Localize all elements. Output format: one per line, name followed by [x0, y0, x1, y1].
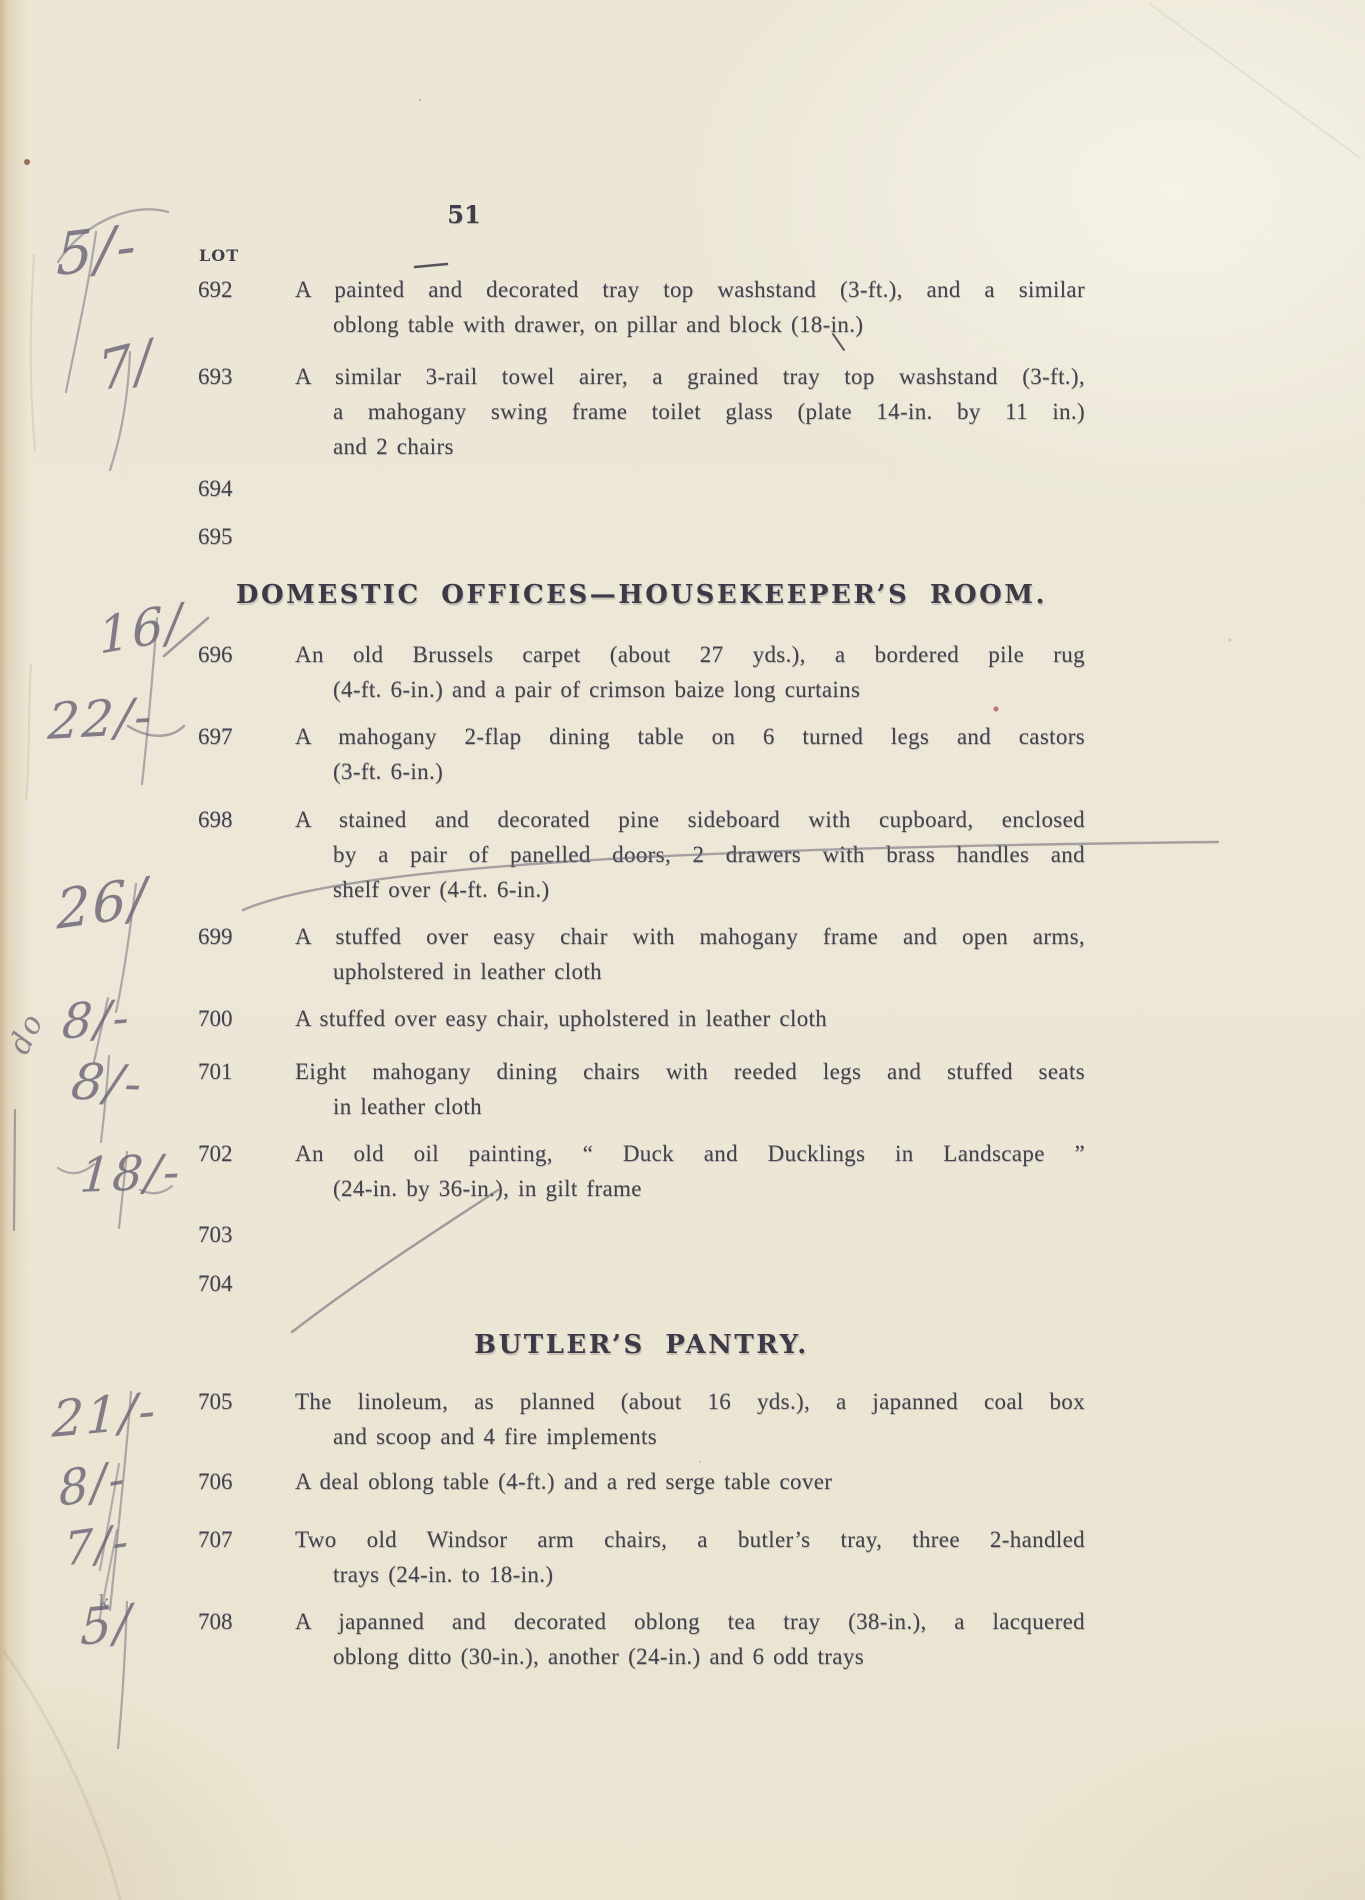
lot-number: 696: [198, 637, 295, 707]
paper-speck: [994, 707, 999, 712]
lot-number: 695: [198, 519, 295, 554]
paper-speck: [1229, 639, 1232, 642]
lot-line: A deal oblong table (4-ft.) and a red se…: [295, 1464, 1085, 1499]
lot-description: [295, 471, 1085, 506]
lot-row-697: 697 A mahogany 2-flap dining table on 6 …: [198, 719, 1085, 789]
lot-number: 694: [198, 471, 295, 506]
catalogue-page: 51 LOT 692 A painted and decorated tray …: [0, 0, 1365, 1900]
page-number: 51: [428, 200, 500, 229]
lot-number: 706: [198, 1464, 295, 1499]
lot-description: An old oil painting, “ Duck and Duckling…: [295, 1136, 1085, 1206]
lot-row-704: 704: [198, 1266, 1085, 1301]
lot-row-706: 706 A deal oblong table (4-ft.) and a re…: [198, 1464, 1085, 1499]
lot-row-694: 694: [198, 471, 1085, 506]
lot-line: A painted and decorated tray top washsta…: [295, 272, 1085, 307]
lot-row-700: 700 A stuffed over easy chair, upholster…: [198, 1001, 1085, 1036]
lot-row-698: 698 A stained and decorated pine sideboa…: [198, 802, 1085, 907]
lot-number: 692: [198, 272, 295, 342]
lot-row-693: 693 A similar 3-rail towel airer, a grai…: [198, 359, 1085, 464]
section-heading-butlers-pantry: BUTLER’S PANTRY.: [198, 1330, 1085, 1360]
lot-line: shelf over (4-ft. 6-in.): [333, 872, 1085, 907]
lot-line: in leather cloth: [333, 1089, 1085, 1124]
lot-line: A similar 3-rail towel airer, a grained …: [295, 359, 1085, 394]
paper-crease: [26, 665, 31, 800]
lot-description: Two old Windsor arm chairs, a butler’s t…: [295, 1522, 1085, 1592]
lot-line: upholstered in leather cloth: [333, 954, 1085, 989]
paper-crease: [1150, 4, 1360, 158]
lot-description: [295, 1217, 1085, 1252]
handwritten-price-701: 8/-: [68, 1053, 148, 1113]
lot-line: (3-ft. 6-in.): [333, 754, 1085, 789]
lot-number: 693: [198, 359, 295, 464]
ink-bar-painted: [415, 264, 447, 267]
lot-number: 703: [198, 1217, 295, 1252]
handwritten-price-708: 5/: [80, 1593, 133, 1657]
lot-line: trays (24-in. to 18-in.): [333, 1557, 1085, 1592]
lot-row-696: 696 An old Brussels carpet (about 27 yds…: [198, 637, 1085, 707]
lot-line: A stuffed over easy chair, upholstered i…: [295, 1001, 1085, 1036]
handwritten-price-696: 16/: [97, 592, 185, 665]
handwritten-price-700: 8/-: [61, 989, 133, 1050]
handwritten-price-702: 18/-: [78, 1144, 183, 1204]
handwritten-price-705: 21/-: [51, 1381, 158, 1449]
lot-description: [295, 519, 1085, 554]
lot-line: Eight mahogany dining chairs with reeded…: [295, 1054, 1085, 1089]
lot-description: A stuffed over easy chair with mahogany …: [295, 919, 1085, 989]
paper-speck: [419, 99, 421, 101]
lot-description: A japanned and decorated oblong tea tray…: [295, 1604, 1085, 1674]
lot-line: oblong ditto (30-in.), another (24-in.) …: [333, 1639, 1085, 1674]
lot-row-695: 695: [198, 519, 1085, 554]
lot-line: The linoleum, as planned (about 16 yds.)…: [295, 1384, 1085, 1419]
lot-row-703: 703: [198, 1217, 1085, 1252]
paper-speck: [24, 159, 30, 165]
lot-number: 697: [198, 719, 295, 789]
lot-number: 700: [198, 1001, 295, 1036]
lot-line: A mahogany 2-flap dining table on 6 turn…: [295, 719, 1085, 754]
lot-row-702: 702 An old oil painting, “ Duck and Duck…: [198, 1136, 1085, 1206]
lot-description: [295, 1266, 1085, 1301]
lot-line: a mahogany swing frame toilet glass (pla…: [333, 394, 1085, 429]
lot-number: 705: [198, 1384, 295, 1454]
lot-line: A japanned and decorated oblong tea tray…: [295, 1604, 1085, 1639]
lot-description: The linoleum, as planned (about 16 yds.)…: [295, 1384, 1085, 1454]
paper-crease: [31, 255, 35, 450]
lot-number: 701: [198, 1054, 295, 1124]
lot-line: (4-ft. 6-in.) and a pair of crimson baiz…: [333, 672, 1085, 707]
section-heading-domestic-offices: DOMESTIC OFFICES—HOUSEKEEPER’S ROOM.: [198, 580, 1085, 610]
handwritten-price-693: 7/: [96, 327, 158, 404]
handwritten-price-706: 8/-: [57, 1450, 128, 1518]
lot-row-707: 707 Two old Windsor arm chairs, a butler…: [198, 1522, 1085, 1592]
pencil-diagonal-703: [292, 1190, 498, 1332]
lot-number: 699: [198, 919, 295, 989]
handwritten-price-699: 26/: [56, 865, 149, 941]
lot-line: and 2 chairs: [333, 429, 1085, 464]
lot-number: 708: [198, 1604, 295, 1674]
handwritten-price-707: 7/-: [64, 1513, 131, 1577]
lot-description: A stuffed over easy chair, upholstered i…: [295, 1001, 1085, 1036]
lot-line: Two old Windsor arm chairs, a butler’s t…: [295, 1522, 1085, 1557]
handwritten-ditto-mark-700: do: [2, 1007, 51, 1059]
lot-row-705: 705 The linoleum, as planned (about 16 y…: [198, 1384, 1085, 1454]
lot-number: 698: [198, 802, 295, 907]
lot-row-699: 699 A stuffed over easy chair with mahog…: [198, 919, 1085, 989]
lot-line: (24-in. by 36-in.), in gilt frame: [333, 1171, 1085, 1206]
pencil-vertical-702: [14, 1110, 15, 1230]
lot-description: A painted and decorated tray top washsta…: [295, 272, 1085, 342]
lot-line: An old oil painting, “ Duck and Duckling…: [295, 1136, 1085, 1171]
lot-line: A stuffed over easy chair with mahogany …: [295, 919, 1085, 954]
handwritten-price-692: 5/-: [56, 211, 139, 290]
handwritten-price-697: 22/-: [47, 687, 155, 751]
lot-row-708: 708 A japanned and decorated oblong tea …: [198, 1604, 1085, 1674]
lot-number: 704: [198, 1266, 295, 1301]
lot-description: Eight mahogany dining chairs with reeded…: [295, 1054, 1085, 1124]
lot-line: A stained and decorated pine sideboard w…: [295, 802, 1085, 837]
lot-number: 707: [198, 1522, 295, 1592]
paper-crease: [4, 1652, 120, 1900]
lot-column-header: LOT: [199, 246, 239, 265]
lot-line: by a pair of panelled doors, 2 drawers w…: [333, 837, 1085, 872]
lot-description: An old Brussels carpet (about 27 yds.), …: [295, 637, 1085, 707]
lot-description: A deal oblong table (4-ft.) and a red se…: [295, 1464, 1085, 1499]
lot-row-701: 701 Eight mahogany dining chairs with re…: [198, 1054, 1085, 1124]
lot-description: A similar 3-rail towel airer, a grained …: [295, 359, 1085, 464]
lot-number: 702: [198, 1136, 295, 1206]
lot-line: An old Brussels carpet (about 27 yds.), …: [295, 637, 1085, 672]
lot-description: A mahogany 2-flap dining table on 6 turn…: [295, 719, 1085, 789]
lot-row-692: 692 A painted and decorated tray top was…: [198, 272, 1085, 342]
lot-description: A stained and decorated pine sideboard w…: [295, 802, 1085, 907]
paper-speck: [699, 1461, 701, 1463]
lot-line: and scoop and 4 fire implements: [333, 1419, 1085, 1454]
lot-line: oblong table with drawer, on pillar and …: [333, 307, 1085, 342]
